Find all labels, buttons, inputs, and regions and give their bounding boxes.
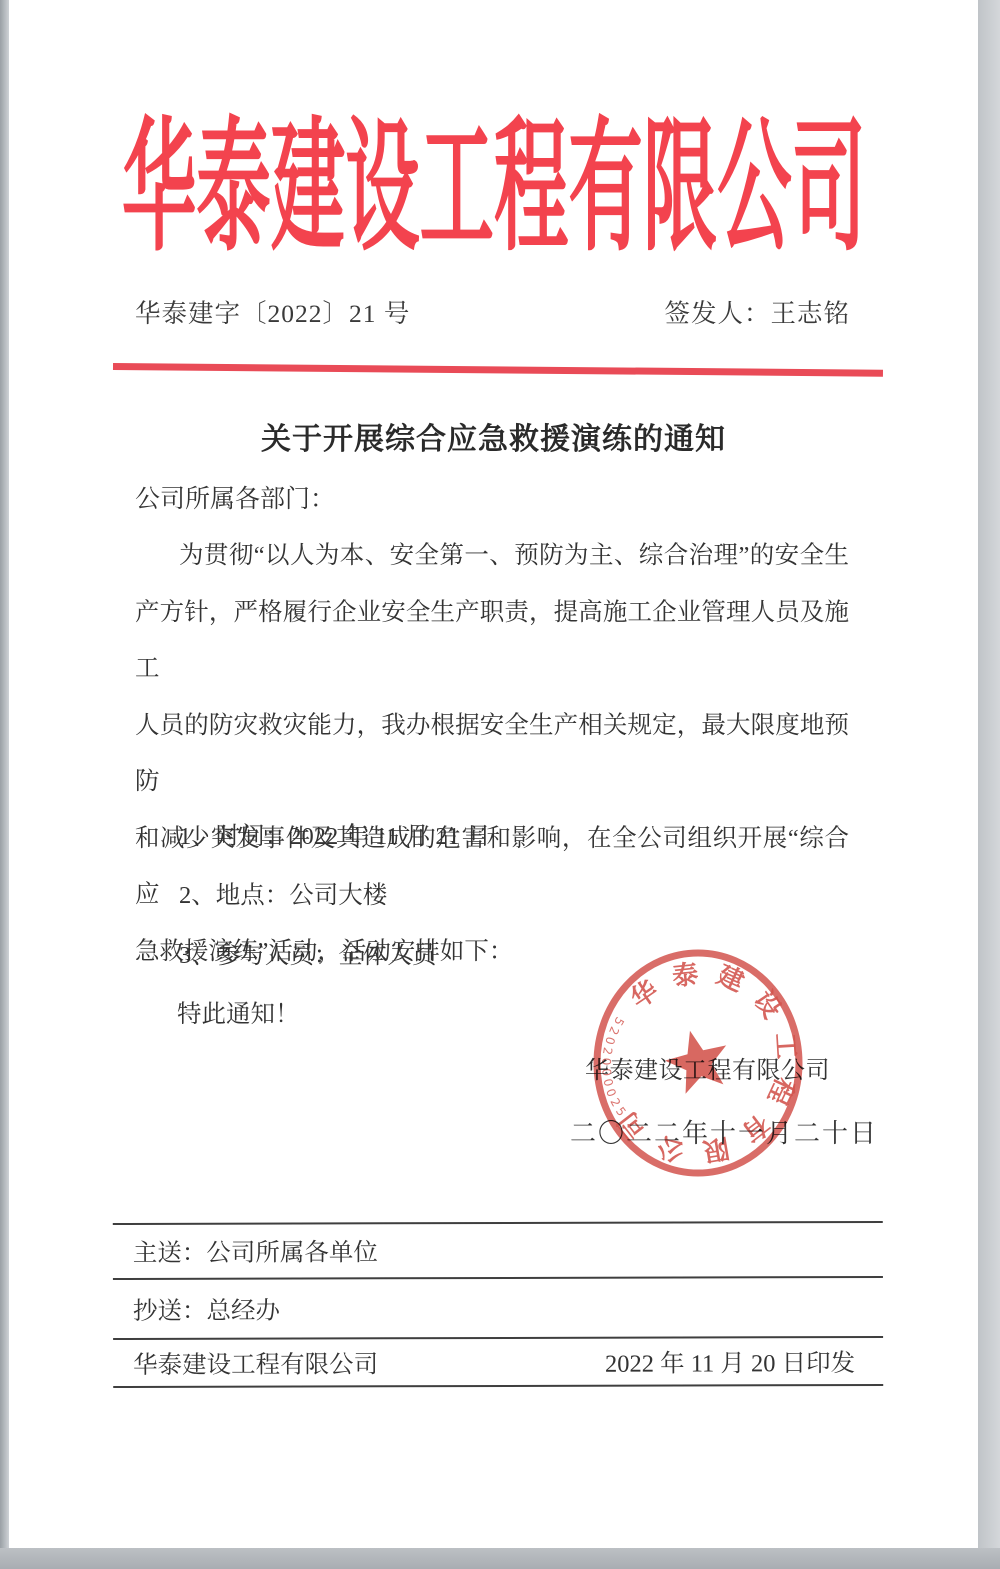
red-separator-rule	[113, 363, 883, 377]
main-send-value: 公司所属各单位	[206, 1233, 378, 1268]
footer-row-copy-send: 抄送： 总经办	[113, 1276, 883, 1338]
scan-edge-right	[978, 0, 1000, 1569]
body-line: 为贯彻“以人为本、安全第一、预防为主、综合治理”的安全生	[135, 528, 849, 585]
stamp-star-icon	[659, 1023, 735, 1097]
footer-row-main-send: 主送： 公司所属各单位	[113, 1221, 883, 1278]
doc-number: 华泰建字〔2022〕21 号	[135, 294, 410, 330]
letterhead: 华泰建设工程有限公司	[9, 118, 978, 198]
letterhead-company-name: 华泰建设工程有限公司	[122, 118, 866, 262]
issuing-org: 华泰建设工程有限公司	[133, 1345, 378, 1381]
body-line: 产方针，严格履行企业安全生产职责，提高施工企业管理人员及施工	[135, 585, 849, 698]
scan-edge-left	[0, 0, 9, 1569]
scanned-document: { "colors": { "header_red": "#f3434e", "…	[0, 0, 1000, 1569]
notice-title: 关于开展综合应急救援演练的通知	[9, 414, 978, 458]
list-item-place: 2、地点：公司大楼	[135, 866, 849, 925]
issuer: 签发人：王志铭	[664, 294, 850, 330]
copy-send-value: 总经办	[206, 1291, 280, 1326]
list-item-time: 1、时间：2022 年 11 月 21 日	[135, 807, 849, 866]
footer-row-issue: 华泰建设工程有限公司 2022 年 11 月 20 日印发	[113, 1336, 883, 1388]
body-line: 人员的防灾救灾能力，我办根据安全生产相关规定，最大限度地预防	[135, 698, 849, 811]
copy-send-label: 抄送：	[133, 1291, 207, 1326]
footer-table: 主送： 公司所属各单位 抄送： 总经办 华泰建设工程有限公司 2022 年 11…	[113, 1221, 883, 1388]
company-seal-stamp: 华泰建设工程有限公司 5202000025	[590, 944, 806, 1184]
print-date: 2022 年 11 月 20 日印发	[605, 1344, 855, 1380]
doc-meta-row: 华泰建字〔2022〕21 号 签发人：王志铭	[135, 294, 850, 330]
main-send-label: 主送：	[133, 1234, 207, 1269]
scan-edge-bottom	[0, 1548, 1000, 1569]
salutation: 公司所属各部门：	[135, 479, 335, 515]
paper-page: 华泰建设工程有限公司 华泰建字〔2022〕21 号 签发人：王志铭 关于开展综合…	[9, 0, 978, 1548]
